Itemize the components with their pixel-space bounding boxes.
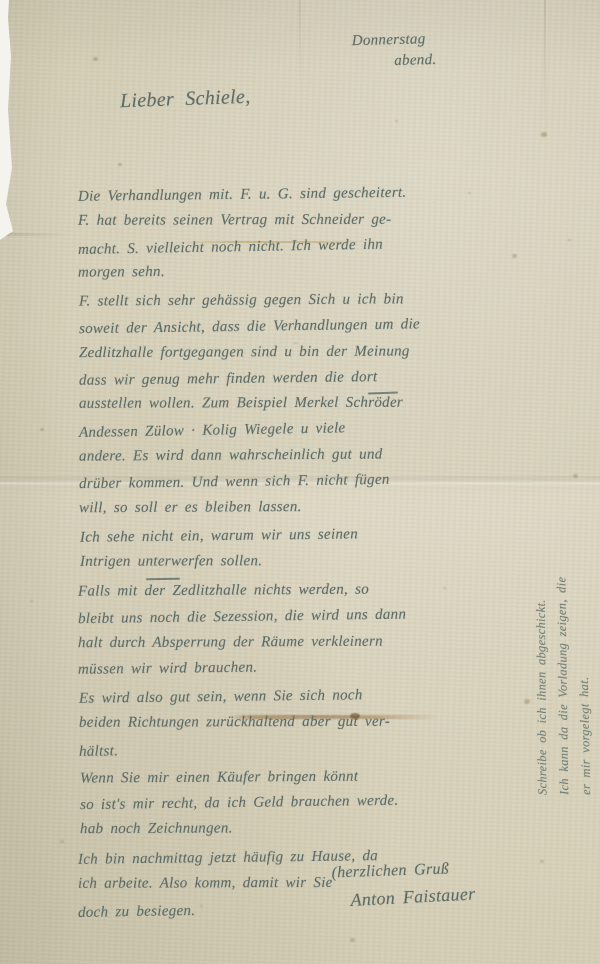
fox-spot xyxy=(40,428,44,431)
fox-spot xyxy=(350,938,355,942)
letter-photo: Donnerstag abend. Lieber Schiele, Die Ve… xyxy=(0,0,600,964)
left-edge-crease xyxy=(0,233,70,236)
handwritten-line: Es wird also gut sein, wenn Sie sich noc… xyxy=(79,681,530,712)
salutation: Lieber Schiele, xyxy=(120,86,251,114)
fox-spot xyxy=(568,239,571,241)
fox-spot xyxy=(512,254,517,258)
handwritten-line: Zedlitzhalle fortgegangen sind u bin der… xyxy=(79,339,530,367)
handwritten-line: bleibt uns noch die Sezession, die wird … xyxy=(78,601,530,633)
paragraph: F. stellt sich sehr gehässig gegen Sich … xyxy=(78,288,530,520)
fox-spot xyxy=(541,132,547,137)
fox-spot xyxy=(236,99,239,101)
paragraph: Die Verhandlungen mit. F. u. G. sind ges… xyxy=(78,182,530,285)
paper-sheet: Donnerstag abend. Lieber Schiele, Die Ve… xyxy=(0,0,600,964)
paragraph: Es wird also gut sein, wenn Sie sich noc… xyxy=(78,684,530,761)
signature: Anton Faistauer xyxy=(350,880,476,913)
handwritten-line: hältst. xyxy=(79,732,530,766)
handwritten-line: soweit der Ansicht, dass die Verhandlung… xyxy=(79,311,530,343)
fox-spot xyxy=(30,600,33,602)
fox-spot xyxy=(395,120,398,122)
fox-spot xyxy=(60,840,64,843)
vertical-crease-middle xyxy=(299,0,301,100)
fox-spot xyxy=(560,590,563,592)
fox-spot xyxy=(93,57,98,61)
fox-spot xyxy=(573,474,578,478)
letter-body: Die Verhandlungen mit. F. u. G. sind ges… xyxy=(78,182,530,925)
fox-spot xyxy=(200,905,203,907)
vertical-crease-right xyxy=(544,0,546,150)
margin-note: Schreibe ob ich ihnen abgeschickt.Ich ka… xyxy=(531,465,595,795)
fox-spot xyxy=(443,587,446,589)
handwritten-line: morgen sehn. xyxy=(78,258,530,287)
dateline: Donnerstag abend. xyxy=(351,29,436,73)
dateline-day: Donnerstag xyxy=(351,29,436,52)
paragraph: Ich sehe nicht ein, warum wir uns seinen… xyxy=(78,523,530,575)
handwritten-line: hab noch Zeichnungen. xyxy=(80,815,530,843)
paragraph: Wenn Sie mir einen Käufer bringen könnts… xyxy=(78,765,530,842)
fox-spot xyxy=(524,699,530,704)
handwritten-line: will, so soll er es bleiben lassen. xyxy=(79,493,530,521)
handwritten-line: dass wir genug mehr finden werden die do… xyxy=(79,363,530,394)
fox-spot xyxy=(468,192,471,194)
handwritten-line: drüber kommen. Und wenn sich F. nicht fü… xyxy=(79,466,530,498)
handwritten-line: müssen wir wird brauchen. xyxy=(78,653,530,684)
fox-spot xyxy=(118,163,122,166)
fox-spot xyxy=(90,700,93,702)
fox-spot xyxy=(540,860,544,863)
handwritten-line: Ich sehe nicht ein, warum wir uns seinen xyxy=(80,521,530,552)
handwritten-line: Intrigen unterwerfen sollen. xyxy=(80,548,530,575)
handwritten-line: Die Verhandlungen mit. F. u. G. sind ges… xyxy=(78,179,530,210)
paragraph: Falls mit der Zedlitzhalle nichts werden… xyxy=(78,578,530,681)
dateline-time: abend. xyxy=(394,50,437,72)
fox-spot xyxy=(294,342,297,344)
closing-block: (herzlichen Gruß Anton Faistauer xyxy=(331,856,476,913)
